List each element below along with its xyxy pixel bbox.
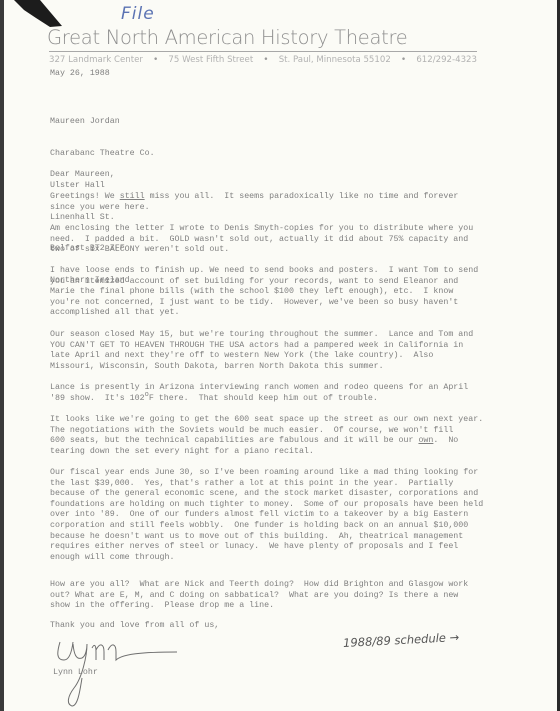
- letter-date: May 26, 1988: [50, 69, 110, 80]
- letterhead-rule: [49, 51, 477, 52]
- address-phone: 612/292-4323: [416, 55, 477, 65]
- recipient-building: Ulster Hall: [50, 181, 155, 192]
- handwritten-file-note: File: [121, 4, 155, 24]
- recipient-street: Linenhall St.: [50, 213, 155, 224]
- underlined-word: still: [120, 192, 145, 201]
- recipient-name: Maureen Jordan: [50, 117, 155, 128]
- degree-mark: o: [145, 391, 149, 399]
- separator-dot: •: [153, 55, 158, 65]
- underlined-word: own: [418, 436, 433, 445]
- schedule-note-text: 1988/89 schedule: [343, 631, 447, 650]
- paragraph-fiscal-year: Our fiscal year ends June 30, so I've be…: [50, 468, 483, 563]
- paragraph-greetings: Greetings! We still miss you all. It see…: [50, 192, 458, 213]
- paragraph-enclosure: Am enclosing the letter I wrote to Denis…: [50, 224, 473, 256]
- separator-dot: •: [401, 55, 406, 65]
- address-street: 327 Landmark Center: [49, 55, 143, 65]
- letterhead-title: Great North American History Theatre: [47, 26, 407, 49]
- typed-signature-name: Lynn Lohr: [53, 668, 98, 679]
- address-city: St. Paul, Minnesota 55102: [279, 55, 391, 65]
- paragraph-season-touring: Our season closed May 15, but we're tour…: [50, 330, 473, 372]
- paragraph-arizona: Lance is presently in Arizona interviewi…: [50, 383, 468, 404]
- letterhead-address: 327 Landmark Center • 75 West Fifth Stre…: [49, 55, 477, 65]
- scan-edge-left: [0, 0, 4, 711]
- arrow-right-icon: →: [449, 630, 459, 644]
- text-run: F there. That should keep him out of tro…: [149, 394, 378, 403]
- paragraph-loose-ends: I have loose ends to finish up. We need …: [50, 266, 478, 319]
- address-building: 75 West Fifth Street: [168, 55, 253, 65]
- handwritten-schedule-note: 1988/89 schedule →: [343, 630, 460, 650]
- text-run: Greetings! We: [50, 192, 120, 201]
- recipient-company: Charabanc Theatre Co.: [50, 149, 155, 160]
- paragraph-questions: How are you all? What are Nick and Teert…: [50, 580, 468, 612]
- paragraph-new-space: It looks like we're going to get the 600…: [50, 415, 483, 457]
- salutation: Dear Maureen,: [50, 170, 115, 181]
- separator-dot: •: [263, 55, 268, 65]
